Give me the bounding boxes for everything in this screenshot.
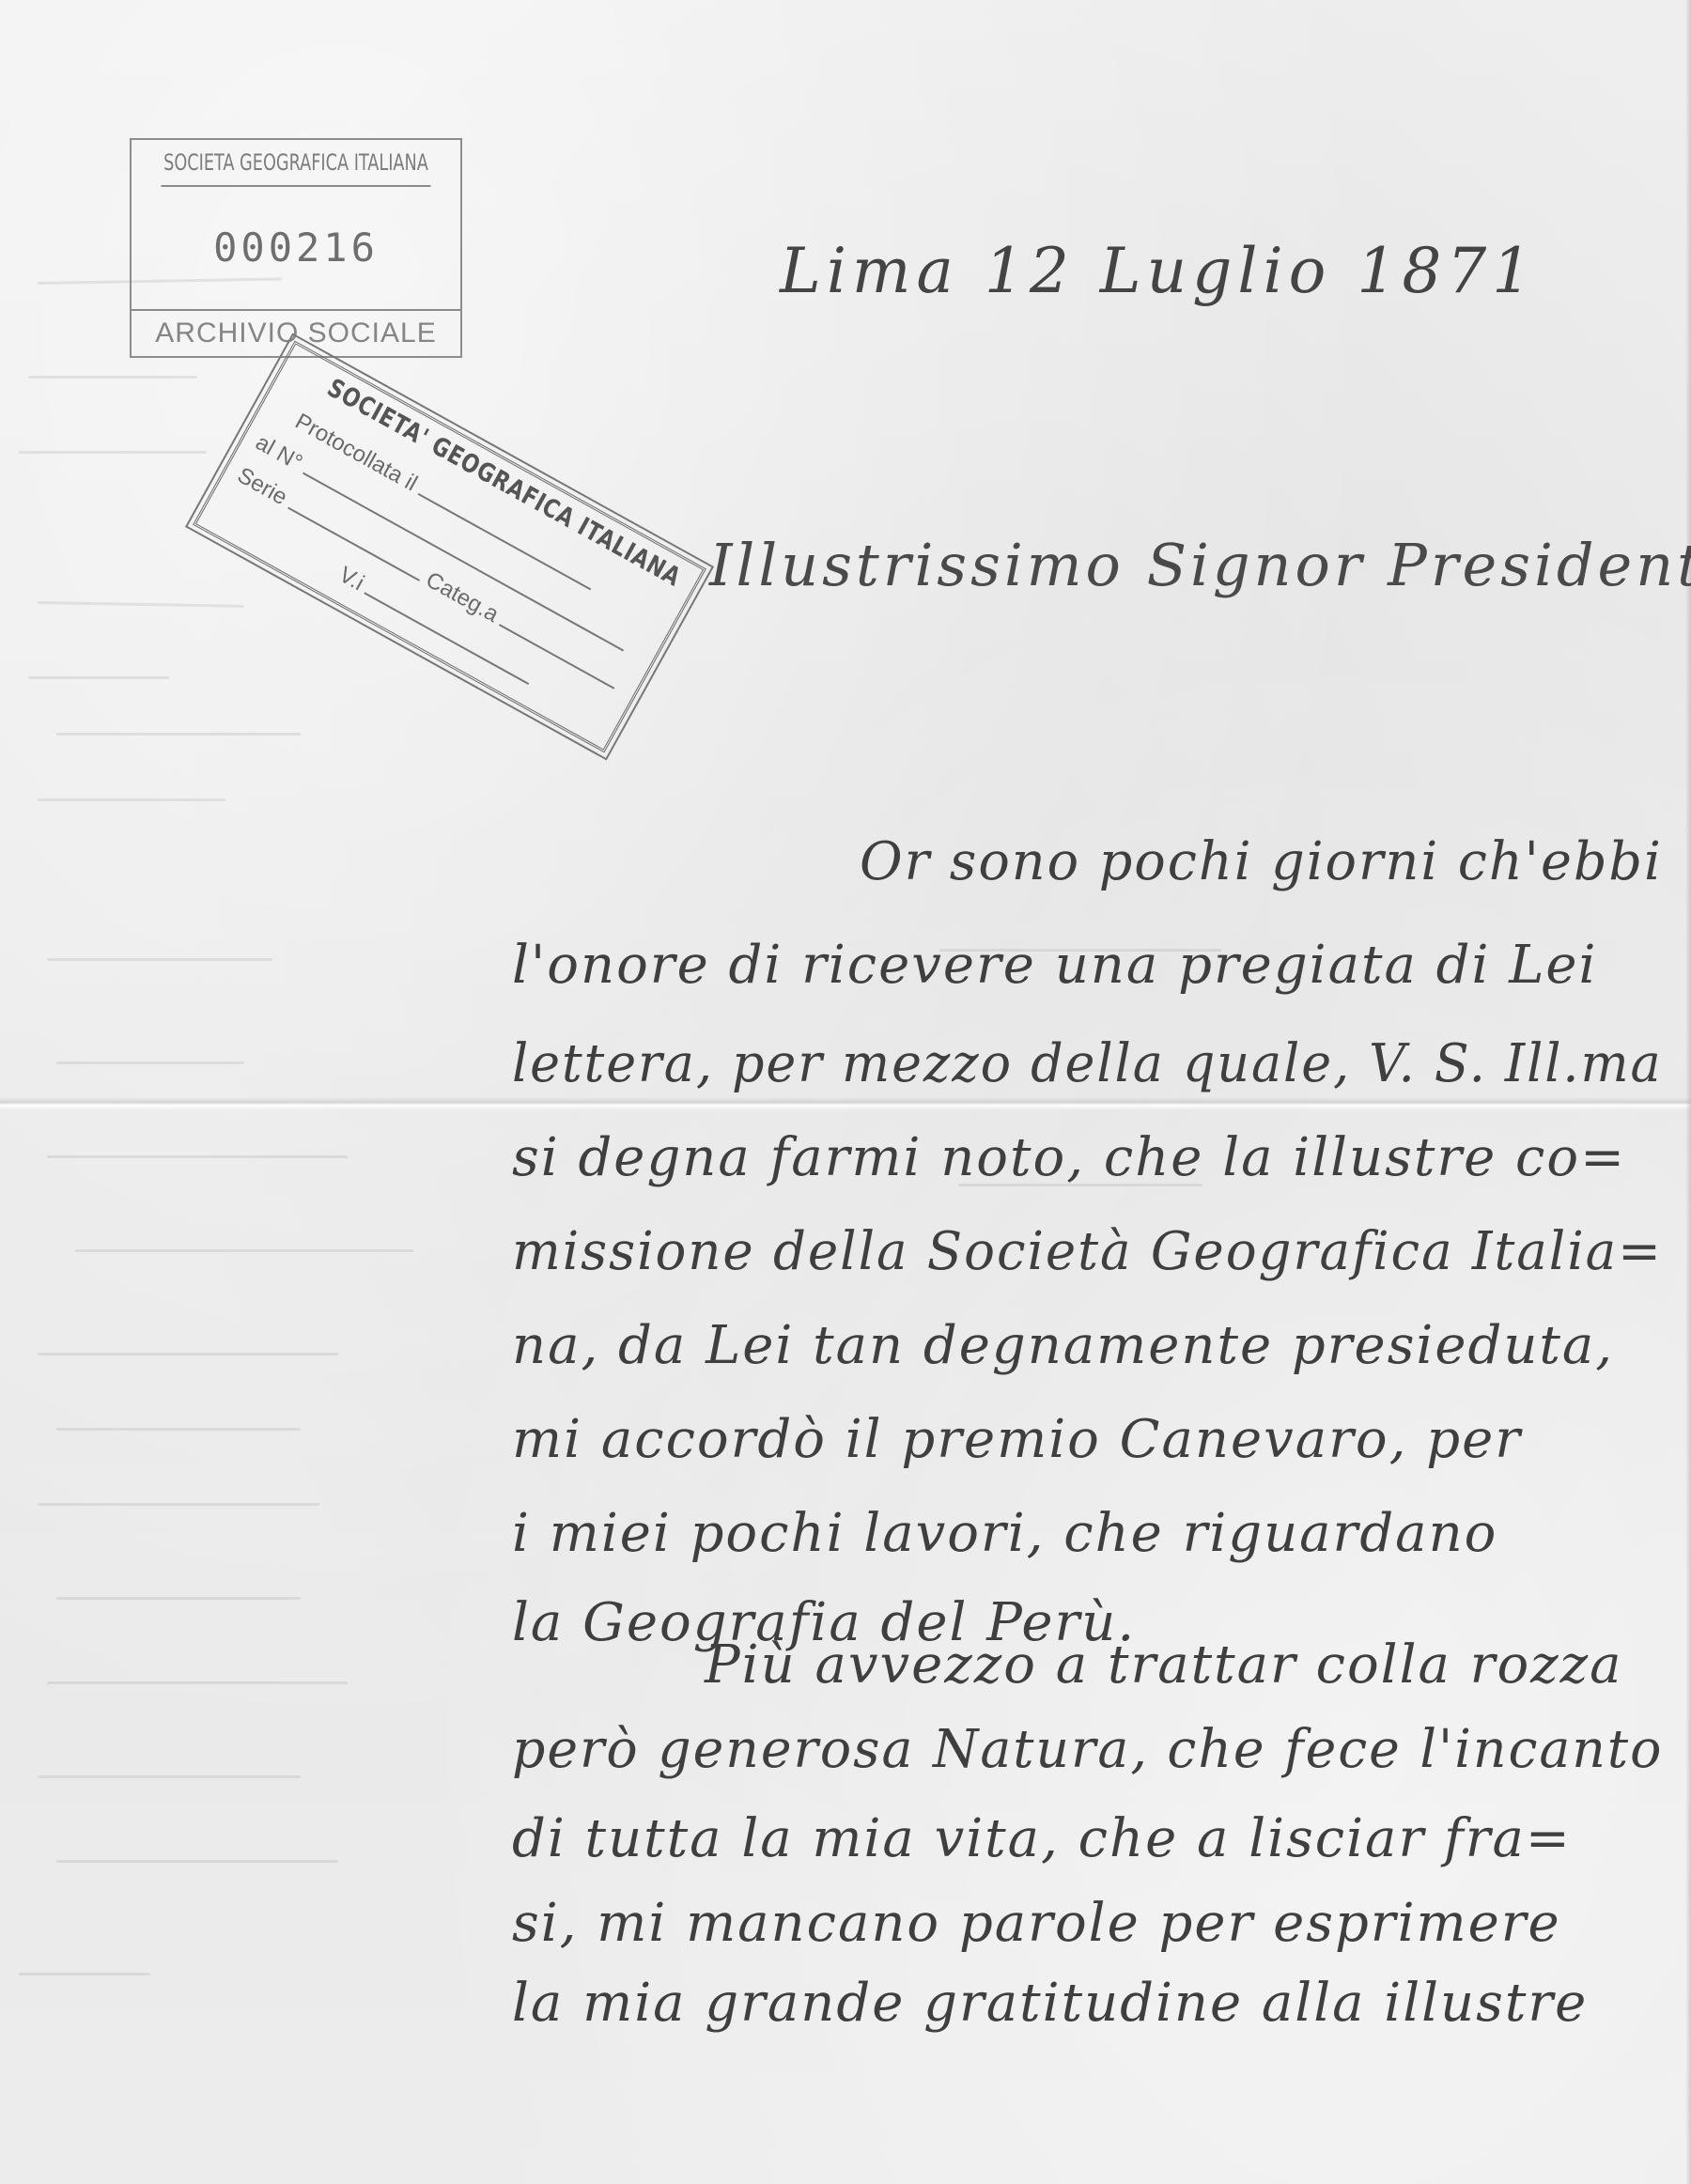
protocol-number-label: al N° [251, 429, 306, 475]
paper-edge [1685, 0, 1691, 2184]
letter-line: di tutta la mia vita, che a lisciar fra= [512, 1808, 1572, 1869]
letter-line: missione della Società Geografica Italia… [512, 1221, 1663, 1282]
letter-line: l'onore di ricevere una pregiata di Lei [512, 935, 1597, 996]
archive-stamp-number: 000216 [132, 187, 460, 311]
protocol-number-blank [303, 457, 632, 652]
letter-dateline: Lima 12 Luglio 1871 [780, 235, 1537, 307]
letter-salutation: Illustrissimo Signor Presidente [709, 531, 1691, 599]
letter-line: però generosa Natura, che fece l'incanto [512, 1719, 1663, 1780]
paper-fold-crease [0, 1097, 1691, 1110]
archive-stamp-header: SOCIETA GEOGRAFICA ITALIANA [162, 140, 431, 187]
protocol-vi-label: V.i [334, 562, 368, 596]
letter-line: i miei pochi lavori, che riguardano [512, 1503, 1497, 1564]
letter-line: la mia grande gratitudine alla illustre [512, 1973, 1588, 2034]
letter-line: lettera, per mezzo della quale, V. S. Il… [512, 1033, 1663, 1094]
letter-line: si, mi mancano parole per esprimere [512, 1893, 1561, 1954]
letter-line: mi accordò il premio Canevaro, per [512, 1409, 1522, 1470]
letter-line: na, da Lei tan degnamente presieduta, [512, 1315, 1614, 1376]
letter-line: Or sono pochi giorni ch'ebbi [860, 831, 1663, 892]
letter-line: Più avvezzo a trattar colla rozza [705, 1634, 1623, 1696]
letter-line: si degna farmi noto, che la illustre co= [512, 1127, 1626, 1188]
archive-stamp: SOCIETA GEOGRAFICA ITALIANA 000216 ARCHI… [130, 138, 462, 358]
protocol-stamp: SOCIETA' GEOGRAFICA ITALIANA Protocollat… [193, 341, 706, 753]
letter-page: SOCIETA GEOGRAFICA ITALIANA 000216 ARCHI… [0, 0, 1691, 2184]
